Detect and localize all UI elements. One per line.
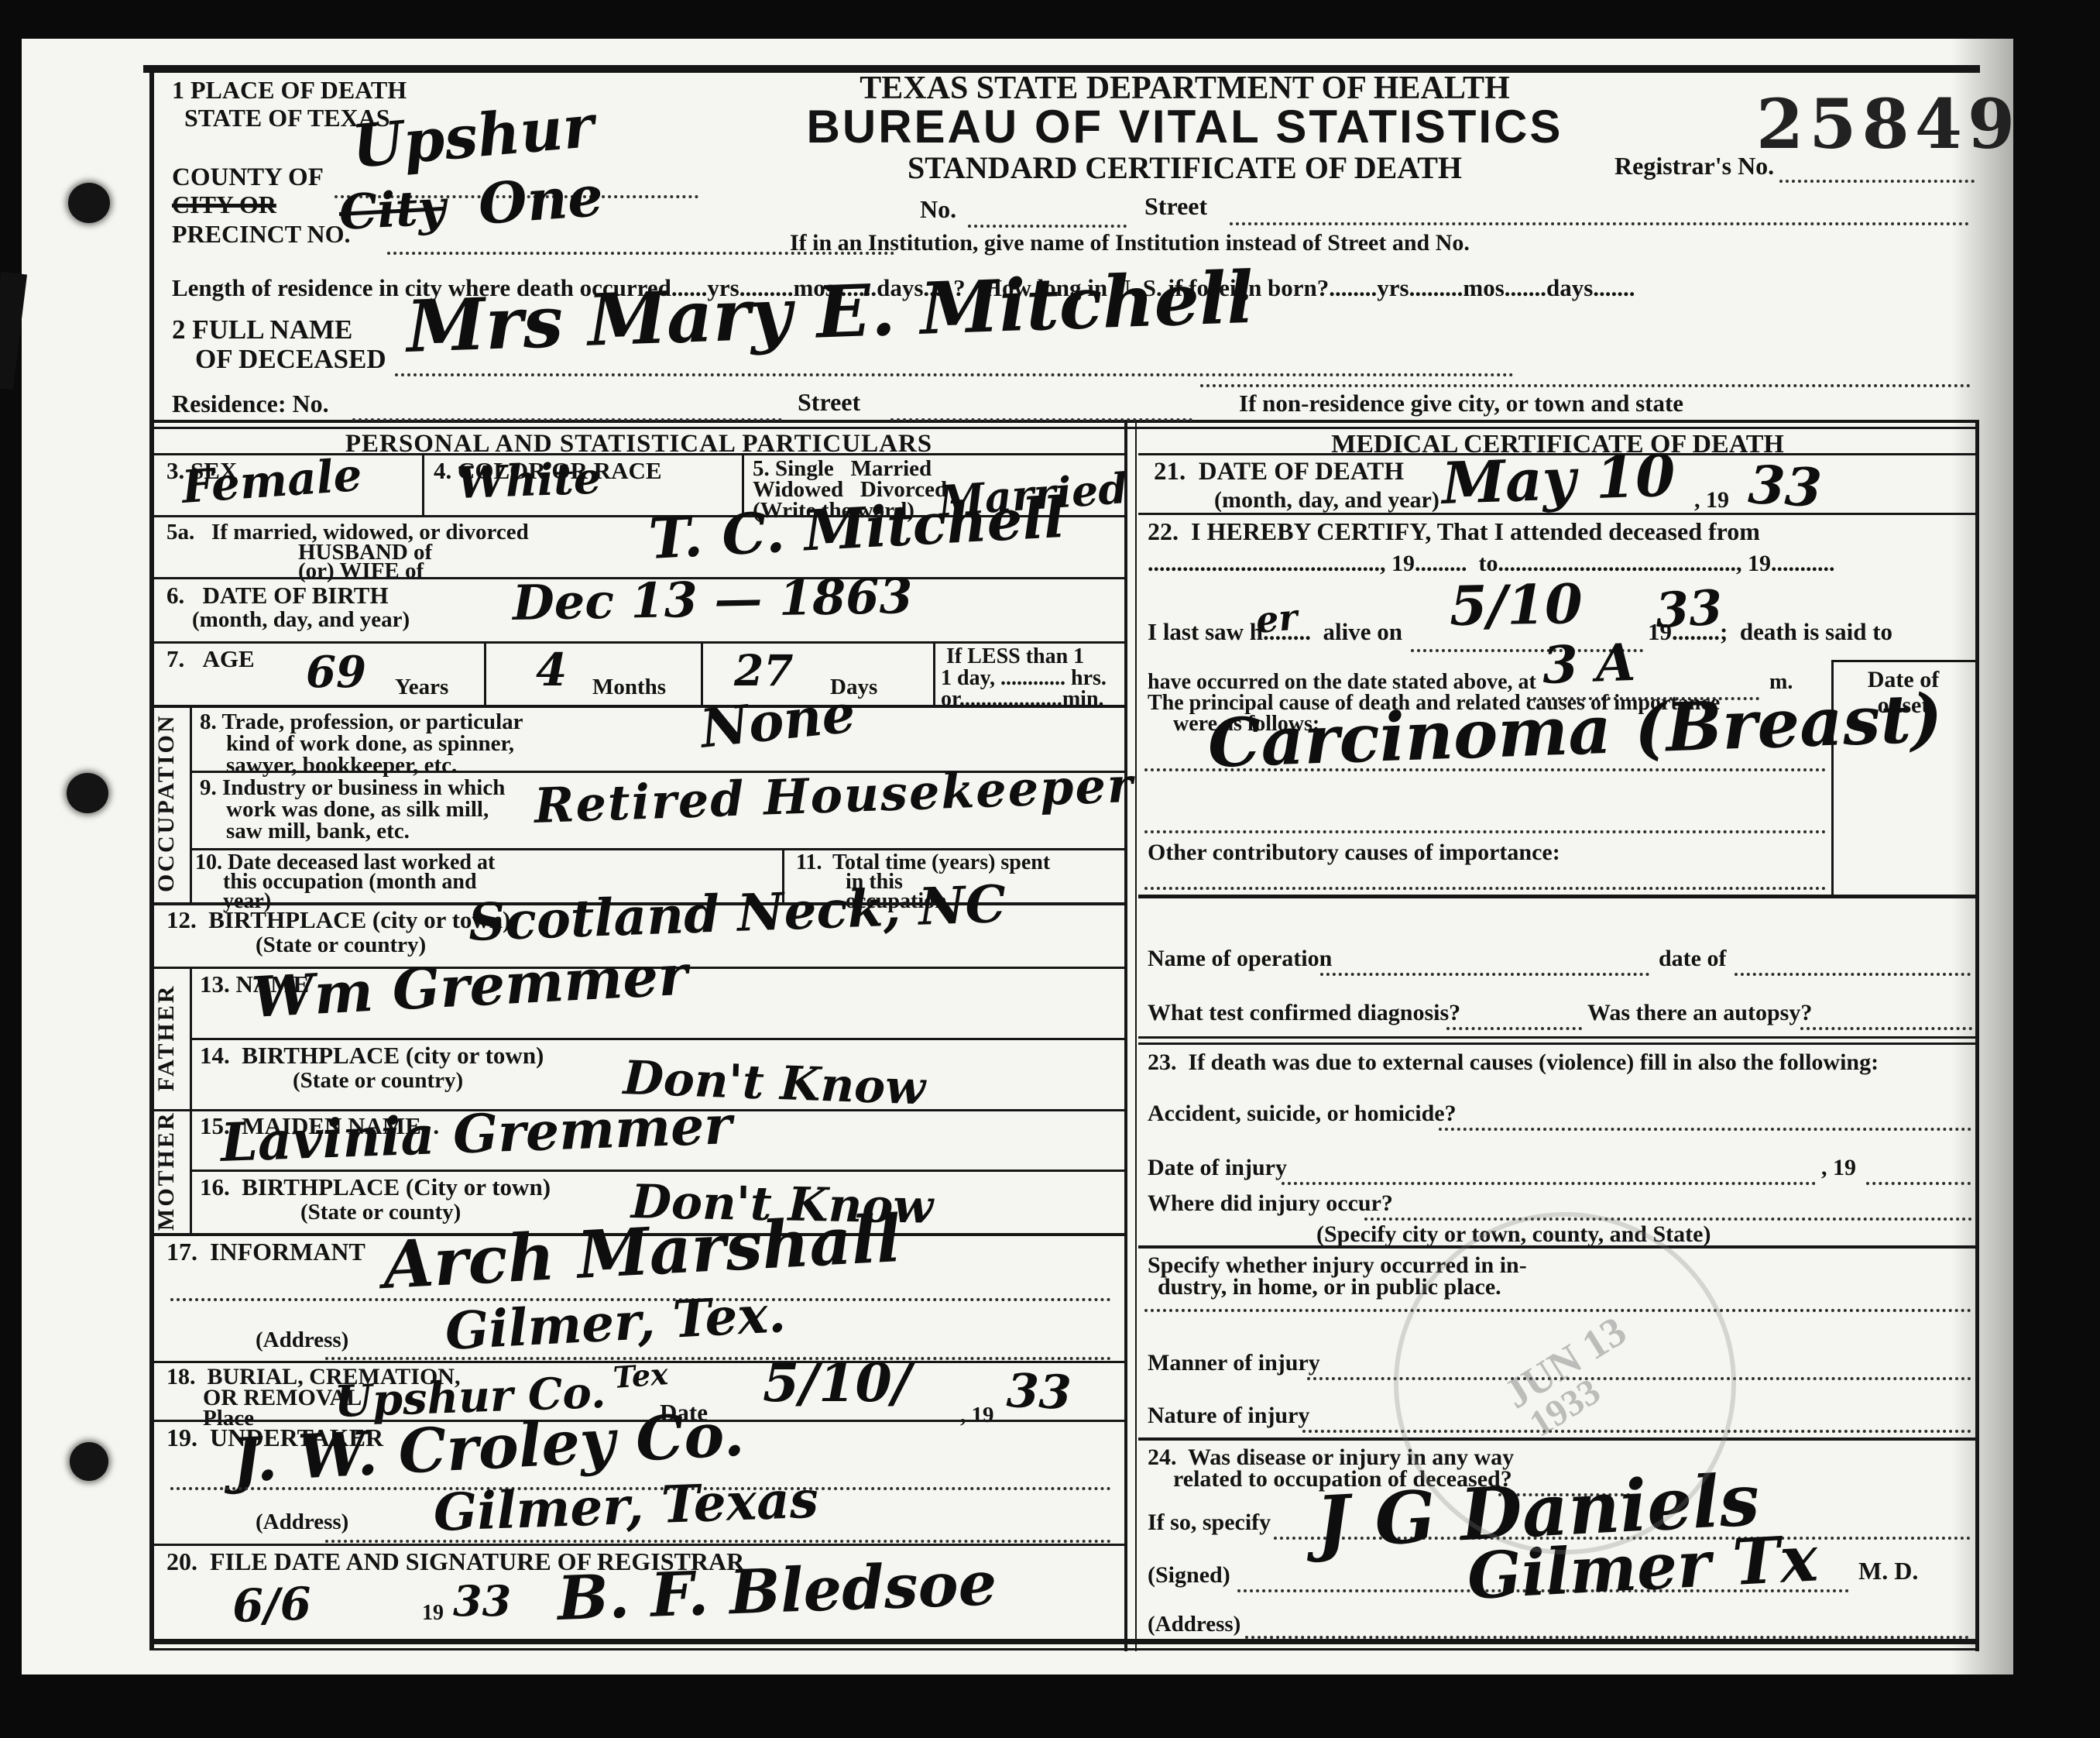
informant-address-line <box>325 1357 1111 1360</box>
dob-label-1: 6. DATE OF BIRTH <box>166 583 389 609</box>
hole-punch <box>67 773 108 813</box>
street2-field-line <box>890 418 1192 421</box>
bureau-title: BUREAU OF VITAL STATISTICS <box>774 102 1595 151</box>
divider <box>151 641 1127 644</box>
maiden-name-handwriting: Lavinia Gremmer <box>220 1099 733 1170</box>
residence-label: Residence: No. <box>172 391 329 417</box>
divider <box>151 705 1127 708</box>
certify-blank-line: ........................................… <box>1148 551 1835 576</box>
divider <box>190 705 192 902</box>
divider <box>190 1170 1127 1172</box>
injury-date-label: Date of injury <box>1148 1156 1287 1180</box>
city-or-label-struck: CITY OR <box>172 192 276 218</box>
divider <box>149 427 1979 429</box>
test-label: What test confirmed diagnosis? <box>1148 1001 1460 1025</box>
divider <box>701 641 703 705</box>
scanned-death-certificate: 1 PLACE OF DEATH STATE OF TEXAS COUNTY O… <box>0 0 2100 1738</box>
ifso-label: If so, specify <box>1148 1510 1271 1535</box>
age-months-label: Months <box>592 675 666 699</box>
injury-where-line <box>1364 1218 1972 1221</box>
md-label: M. D. <box>1858 1558 1918 1585</box>
undertaker-address-handwriting: Gilmer, Texas <box>433 1474 819 1538</box>
sex-value-handwriting: Female <box>180 452 363 510</box>
undertaker-address-label: (Address) <box>256 1510 348 1534</box>
divider <box>933 641 935 705</box>
operation-field-line <box>1320 973 1649 976</box>
manner-label: Manner of injury <box>1148 1351 1320 1376</box>
trade-value-handwriting: None <box>698 687 857 756</box>
cause-field-line-2 <box>1144 830 1826 833</box>
street-field-line <box>1230 222 1969 225</box>
registrar-no-label: Registrar's No. <box>1614 153 1774 180</box>
divider <box>151 1544 1127 1546</box>
certificate-title: STANDARD CERTIFICATE OF DEATH <box>836 152 1533 184</box>
occupation-side-label: OCCUPATION <box>153 706 189 900</box>
lastsaw-er-handwriting: er <box>1254 599 1299 637</box>
address-label: (Address) <box>1148 1613 1240 1636</box>
divider <box>149 1639 1979 1644</box>
injury-19-line <box>1866 1182 1971 1185</box>
contributory-label: Other contributory causes of importance: <box>1148 840 1560 865</box>
divider <box>190 1038 1127 1040</box>
address-field-line <box>1245 1636 1969 1639</box>
trade-label-3: sawyer, bookkeeper, etc. <box>226 754 457 777</box>
trade-label-2: kind of work done, as spinner, <box>226 732 514 755</box>
divider <box>1831 660 1977 662</box>
hole-punch <box>68 183 110 223</box>
age-months-handwriting: 4 <box>536 647 567 692</box>
burial-date-year-handwriting: 33 <box>1006 1368 1072 1417</box>
accident-label: Accident, suicide, or homicide? <box>1148 1101 1457 1126</box>
burial-place-state-handwriting: Tex <box>612 1359 669 1393</box>
external-label: 23. If death was due to external causes … <box>1148 1050 1879 1075</box>
autopsy-field-line <box>1800 1027 1972 1030</box>
operation-label: Name of operation <box>1148 946 1332 971</box>
cause-field-line <box>1144 768 1826 771</box>
industry-label-2: work was done, as silk mill, <box>226 798 489 821</box>
institution-note: If in an Institution, give name of Insti… <box>790 231 1470 256</box>
burial-date-printed19: , 19 <box>960 1403 994 1427</box>
race-value-handwriting: White <box>456 457 602 505</box>
lastsaw-date-handwriting: 5/10 <box>1449 577 1583 634</box>
birthplace-label-2: (State or country) <box>256 933 426 957</box>
no-label: No. <box>920 197 956 223</box>
county-label: COUNTY OF <box>172 164 324 191</box>
fullname-label-1: 2 FULL NAME <box>172 316 352 345</box>
injury-where-label: Where did injury occur? <box>1148 1191 1393 1216</box>
divider <box>190 967 192 1233</box>
street-label: Street <box>1144 194 1207 220</box>
father-side-label: FATHER <box>153 968 189 1108</box>
divider <box>1138 1036 1977 1039</box>
accident-field-line <box>1439 1128 1971 1131</box>
father-birthplace-label-1: 14. BIRTHPLACE (city or town) <box>200 1043 544 1069</box>
informant-address-label: (Address) <box>256 1328 348 1352</box>
industry-label-3: saw mill, bank, etc. <box>226 819 410 843</box>
nature-label: Nature of injury <box>1148 1403 1309 1428</box>
registrar-number-stamp: 25849 <box>1756 84 2020 164</box>
dob-value-handwriting: Dec 13 — 1863 <box>512 572 913 627</box>
street2-label: Street <box>798 390 860 416</box>
divider <box>149 1648 1979 1650</box>
residence-field-line <box>352 418 782 421</box>
birthplace-label-1: 12. BIRTHPLACE (city or town) <box>166 908 510 933</box>
date-of-death-printed19: , 19 <box>1694 488 1729 513</box>
filedate-printed19: 19 <box>422 1602 444 1624</box>
father-birthplace-label-2: (State or country) <box>293 1069 463 1092</box>
fullname-label-2: OF DECEASED <box>195 345 386 374</box>
date-of-death-handwriting: May 10 <box>1441 447 1676 512</box>
divider <box>1138 513 1977 515</box>
age-less-label-1: If LESS than 1 <box>946 645 1084 668</box>
divider <box>484 641 486 705</box>
no-field-line <box>968 225 1127 228</box>
age-years-handwriting: 69 <box>306 651 366 694</box>
industry-label-1: 9. Industry or business in which <box>200 776 505 799</box>
nonresidence-note: If non-residence give city, or town and … <box>1239 391 1683 417</box>
divider <box>1124 420 1127 1651</box>
age-less-label-2: 1 day, ............ hrs. <box>941 667 1107 689</box>
contributory-field-line <box>1144 887 1826 890</box>
totaltime-label-1: 11. Total time (years) spent <box>796 851 1050 874</box>
lastsaw-year-handwriting: 33 <box>1654 584 1723 635</box>
precinct-label: PRECINCT NO. <box>172 222 351 248</box>
operation-date-label: date of <box>1659 946 1726 971</box>
signed-label: (Signed) <box>1148 1563 1230 1588</box>
received-date-stamp: JUN 13 1933 <box>1394 1212 1736 1554</box>
place-of-death-label: 1 PLACE OF DEATH <box>172 77 407 104</box>
autopsy-label: Was there an autopsy? <box>1587 1001 1812 1025</box>
mother-side-label: MOTHER <box>153 1111 189 1231</box>
mother-birthplace-label-2: (State or county) <box>300 1200 461 1224</box>
date-of-death-year-handwriting: 33 <box>1747 459 1823 515</box>
occurred-pre: have occurred on the date stated above, … <box>1148 671 1536 693</box>
hole-punch <box>70 1442 108 1481</box>
undertaker-address-line <box>325 1540 1111 1543</box>
registrar-signature-handwriting: B. F. Bledsoe <box>557 1554 998 1630</box>
dob-label-2: (month, day, and year) <box>192 608 410 631</box>
trade-label-1: 8. Trade, profession, or particular <box>200 710 523 733</box>
injury-date-line <box>1282 1182 1816 1185</box>
divider <box>1138 895 1977 898</box>
date-of-death-sub: (month, day, and year) <box>1214 488 1439 513</box>
precinct-value-handwriting: One <box>476 168 605 232</box>
filedate-year-handwriting: 33 <box>453 1580 511 1622</box>
mother-birthplace-label-1: 16. BIRTHPLACE (City or town) <box>200 1175 551 1200</box>
burial-date-handwriting: 5/10/ <box>763 1357 911 1410</box>
date-of-death-label: 21. DATE OF DEATH <box>1154 459 1404 486</box>
divider <box>1138 1042 1977 1045</box>
certify-label: 22. I HEREBY CERTIFY, That I attended de… <box>1148 519 1760 545</box>
nonresidence-field-line <box>1200 384 1971 387</box>
age-days-handwriting: 27 <box>734 649 794 692</box>
operation-date-line <box>1735 973 1971 976</box>
filedate-value-handwriting: 6/6 <box>232 1581 312 1629</box>
divider <box>422 453 424 515</box>
divider <box>1975 420 1979 1651</box>
registrar-no-field-line <box>1779 180 1975 183</box>
informant-label: 17. INFORMANT <box>166 1239 365 1266</box>
age-years-label: Years <box>395 675 448 699</box>
injury-19-label: , 19 <box>1821 1156 1856 1180</box>
test-field-line <box>1446 1027 1582 1030</box>
age-label: 7. AGE <box>166 647 255 672</box>
precinct-struck-handwriting: City <box>338 184 447 237</box>
fullname-field-line <box>395 373 1514 376</box>
divider <box>1135 420 1137 1651</box>
occurred-time-handwriting: 3 A <box>1542 637 1636 691</box>
